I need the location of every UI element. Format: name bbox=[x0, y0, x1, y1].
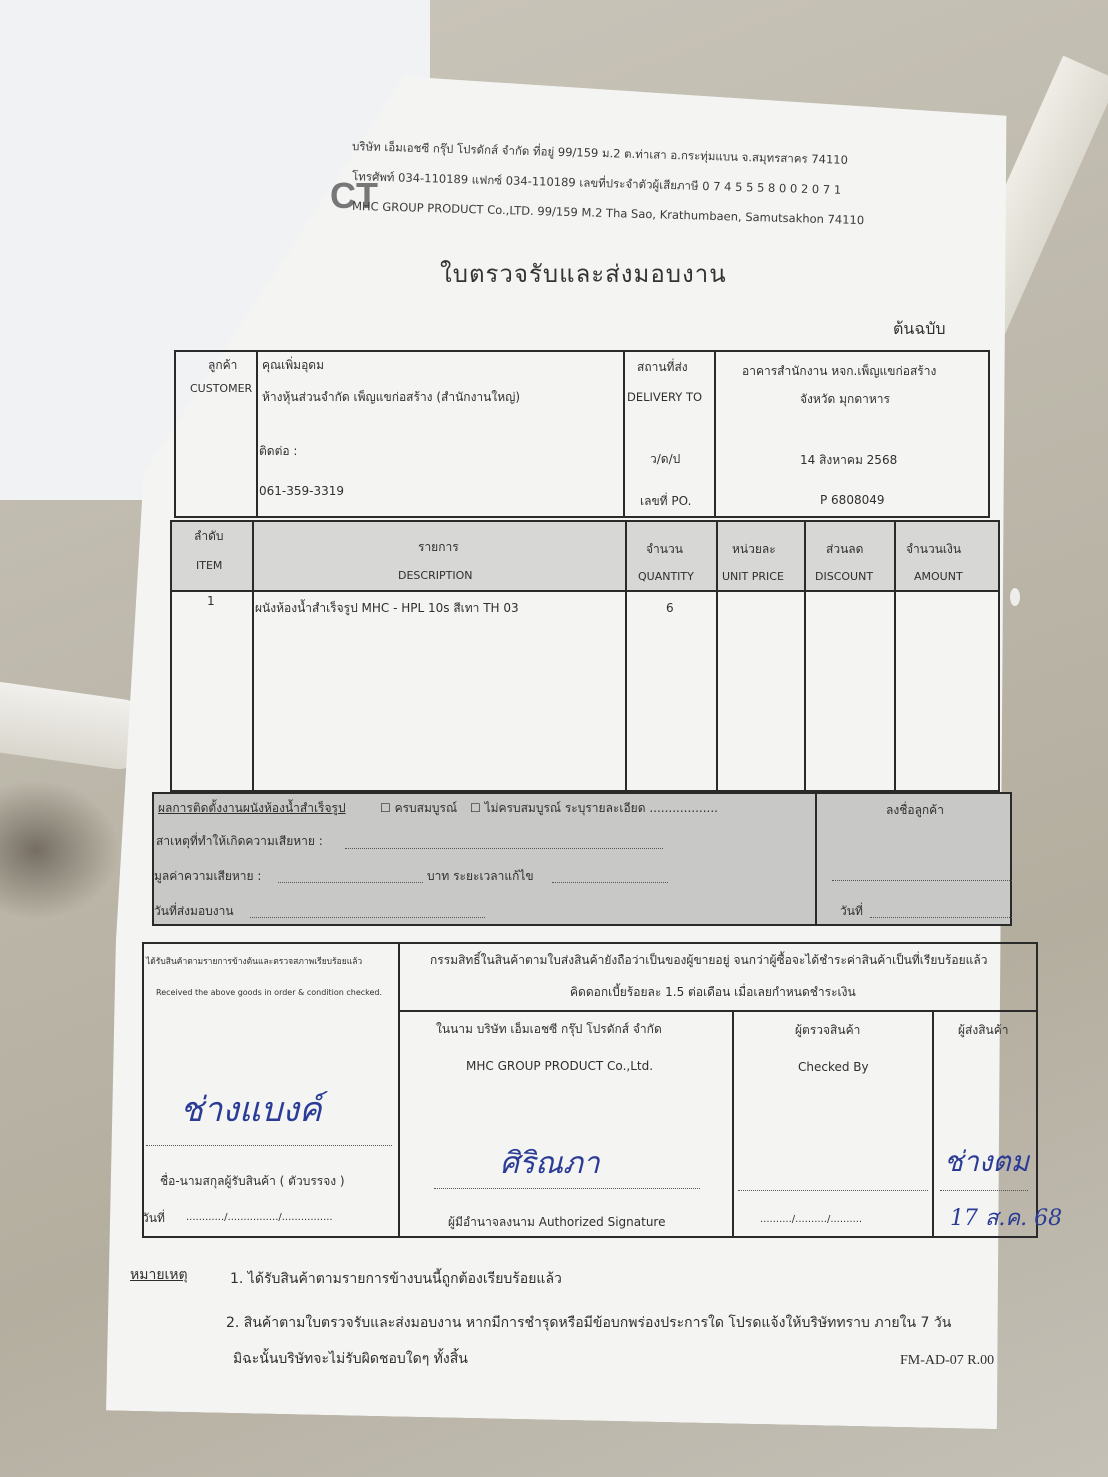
delivery-address-2: จังหวัด มุกดาหาร bbox=[800, 390, 890, 409]
items-table-header bbox=[172, 522, 998, 590]
col-item-th: ลำดับ bbox=[194, 527, 224, 546]
company-contact-th: โทรศัพท์ 034-110189 แฟกซ์ 034-110189 เลข… bbox=[352, 168, 842, 200]
delivery-label-en: DELIVERY TO bbox=[627, 390, 702, 404]
receiver-signature: ช่างแบงค์ bbox=[180, 1082, 322, 1136]
form-code: FM-AD-07 R.00 bbox=[900, 1353, 994, 1369]
col-discount-th: ส่วนลด bbox=[826, 540, 863, 559]
baht-label: บาท ระยะเวลาแก้ไข bbox=[427, 867, 534, 886]
sender-label: ผู้ส่งสินค้า bbox=[958, 1021, 1009, 1040]
col-unit-en: UNIT PRICE bbox=[722, 570, 784, 583]
customer-name: คุณเพิ่มอุดม bbox=[262, 356, 324, 375]
install-heading: ผลการติดตั้งงานผนังห้องน้ำสำเร็จรูป bbox=[158, 799, 346, 818]
damage-value-field[interactable] bbox=[278, 882, 423, 883]
checker-label-th: ผู้ตรวจสินค้า bbox=[795, 1021, 860, 1040]
col-qty-th: จำนวน bbox=[646, 540, 683, 559]
company-name-th: ในนาม บริษัท เอ็มเอชซี กรุ๊ป โปรดักส์ จำ… bbox=[436, 1020, 662, 1039]
customer-sign-label: ลงชื่อลูกค้า bbox=[886, 801, 944, 820]
customer-label-th: ลูกค้า bbox=[208, 356, 237, 375]
ownership-note-2: คิดดอกเบี้ยร้อยละ 1.5 ต่อเดือน เมื่อเลยก… bbox=[570, 983, 856, 1002]
row-item: 1 bbox=[207, 594, 215, 608]
note-3: มิฉะนั้นบริษัทจะไม่รับผิดชอบใดๆ ทั้งสิ้น bbox=[233, 1348, 468, 1370]
copy-label: ต้นฉบับ bbox=[893, 317, 946, 342]
note-2: 2. สินค้าตามใบตรวจรับและส่งมอบงาน หากมีก… bbox=[226, 1312, 951, 1334]
contact-label: ติดต่อ : bbox=[259, 442, 297, 461]
checker-label-en: Checked By bbox=[798, 1060, 869, 1074]
handover-date-label: วันที่ส่งมอบงาน bbox=[154, 902, 234, 921]
company-address-en: MHC GROUP PRODUCT Co.,LTD. 99/159 M.2 Th… bbox=[352, 199, 864, 227]
authorized-signature: ศิริณภา bbox=[500, 1140, 600, 1187]
customer-company: ห้างหุ้นส่วนจำกัด เพ็ญแขก่อสร้าง (สำนักง… bbox=[262, 388, 520, 407]
sender-signature: ช่างตม bbox=[944, 1140, 1029, 1184]
company-address-th: บริษัท เอ็มเอชซี กรุ๊ป โปรดักส์ จำกัด ที… bbox=[352, 138, 848, 170]
handover-date-field[interactable] bbox=[250, 917, 485, 918]
col-amount-en: AMOUNT bbox=[914, 570, 963, 583]
fix-duration-field[interactable] bbox=[552, 882, 668, 883]
col-amount-th: จำนวนเงิน bbox=[906, 540, 961, 559]
water-drop bbox=[1010, 588, 1020, 606]
po-number: P 6808049 bbox=[820, 493, 885, 507]
cause-field[interactable] bbox=[345, 848, 663, 849]
document-title: ใบตรวจรับและส่งมอบงาน bbox=[440, 254, 727, 293]
customer-sign-field[interactable] bbox=[832, 880, 1012, 881]
checker-sign-line[interactable] bbox=[738, 1190, 928, 1191]
receiver-sign-line[interactable] bbox=[146, 1145, 392, 1146]
po-label: เลขที่ PO. bbox=[640, 492, 691, 511]
note-1: 1. ได้รับสินค้าตามรายการข้างบนนี้ถูกต้อง… bbox=[230, 1268, 562, 1290]
received-th: ได้รับสินค้าตามรายการข้างต้นและตรวจสภาพเ… bbox=[146, 954, 362, 968]
authorized-label: ผู้มีอำนาจลงนาม Authorized Signature bbox=[448, 1213, 665, 1232]
row-description: ผนังห้องน้ำสำเร็จรูป MHC - HPL 10s สีเทา… bbox=[255, 599, 519, 618]
col-discount-en: DISCOUNT bbox=[815, 570, 873, 583]
col-qty-en: QUANTITY bbox=[638, 570, 694, 583]
option-complete[interactable]: ☐ ครบสมบูรณ์ bbox=[380, 799, 457, 818]
customer-phone: 061-359-3319 bbox=[259, 484, 344, 498]
checker-date-field[interactable]: ........../........../.......... bbox=[760, 1214, 862, 1225]
date-label: ว/ด/ป bbox=[650, 450, 680, 469]
customer-sign-date-label: วันที่ bbox=[840, 902, 863, 921]
sender-sign-line[interactable] bbox=[940, 1190, 1028, 1191]
receiver-date-label: วันที่ bbox=[142, 1209, 165, 1228]
delivery-label-th: สถานที่ส่ง bbox=[637, 358, 688, 377]
customer-label-en: CUSTOMER bbox=[190, 382, 252, 395]
delivery-address-1: อาคารสำนักงาน หจก.เพ็ญแขก่อสร้าง bbox=[742, 362, 936, 381]
cause-label: สาเหตุที่ทำให้เกิดความเสียหาย : bbox=[156, 832, 323, 851]
delivery-inspection-form: CT บริษัท เอ็มเอชซี กรุ๊ป โปรดักส์ จำกัด… bbox=[0, 0, 1108, 1477]
receiver-date-field[interactable]: ............/................/..........… bbox=[186, 1212, 333, 1223]
col-unit-th: หน่วยละ bbox=[732, 540, 776, 559]
sender-date: 17 ส.ค. 68 bbox=[950, 1200, 1062, 1235]
option-incomplete[interactable]: ☐ ไม่ครบสมบูรณ์ ระบุรายละเอียด .........… bbox=[470, 799, 718, 818]
col-item-en: ITEM bbox=[196, 559, 222, 572]
authorized-sign-line[interactable] bbox=[434, 1188, 700, 1189]
row-quantity: 6 bbox=[666, 601, 674, 615]
delivery-date: 14 สิงหาคม 2568 bbox=[800, 451, 897, 470]
received-en: Received the above goods in order & cond… bbox=[156, 988, 382, 997]
col-desc-en: DESCRIPTION bbox=[398, 569, 472, 582]
customer-sign-date-field[interactable] bbox=[870, 917, 1012, 918]
col-desc-th: รายการ bbox=[418, 538, 459, 557]
damage-value-label: มูลค่าความเสียหาย : bbox=[154, 867, 261, 886]
company-name-en: MHC GROUP PRODUCT Co.,Ltd. bbox=[466, 1059, 653, 1073]
ownership-note-1: กรรมสิทธิ์ในสินค้าตามใบส่งสินค้ายังถือว่… bbox=[430, 951, 988, 970]
notes-label: หมายเหตุ bbox=[130, 1264, 188, 1286]
receiver-name-label: ชื่อ-นามสกุลผู้รับสินค้า ( ตัวบรรจง ) bbox=[160, 1172, 345, 1191]
